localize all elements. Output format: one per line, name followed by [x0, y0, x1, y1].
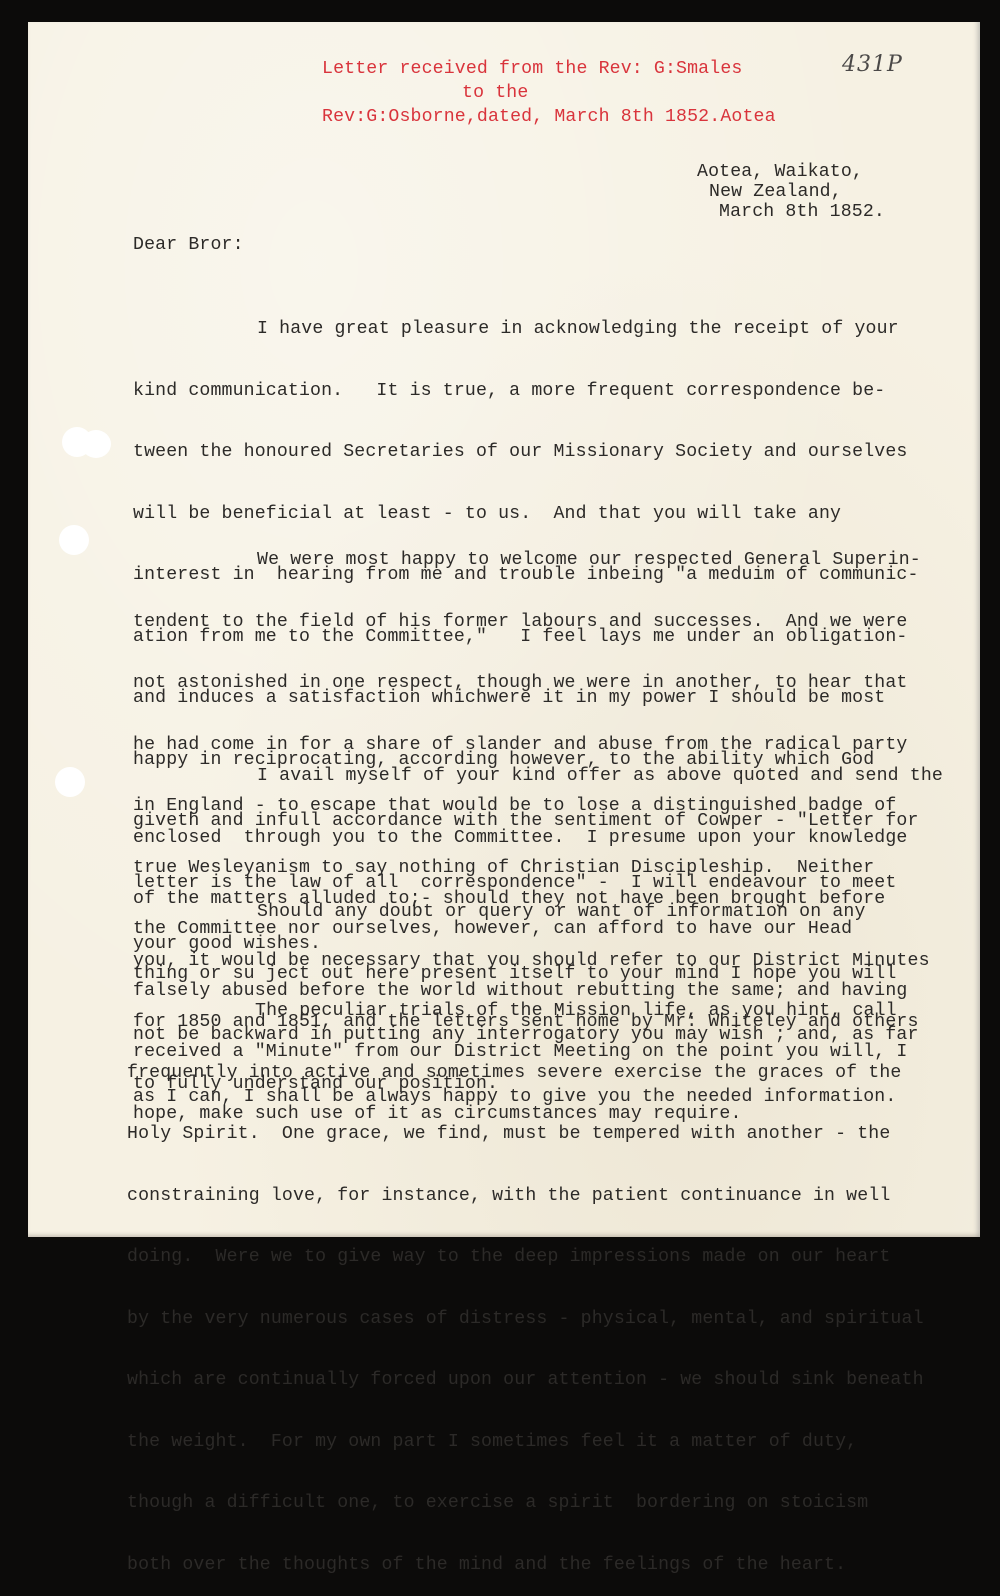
punch-hole	[81, 430, 111, 458]
text-line: I have great pleasure in acknowledging t…	[133, 319, 919, 340]
text-line: The peculiar trials of the Mission life,…	[127, 1001, 924, 1022]
text-line: Holy Spirit. One grace, we find, must be…	[127, 1124, 924, 1145]
text-line: not astonished in one respect, though we…	[133, 673, 921, 694]
text-line: doing. Were we to give way to the deep i…	[127, 1247, 924, 1251]
text-line: We were most happy to welcome our respec…	[133, 550, 921, 571]
punch-hole	[59, 525, 89, 555]
text-line: enclosed through you to the Committee. I…	[133, 828, 943, 849]
punch-hole	[55, 767, 85, 797]
header-line-2: to the	[462, 81, 528, 105]
address-line-3: March 8th 1852.	[719, 202, 885, 223]
text-line: constraining love, for instance, with th…	[127, 1186, 924, 1207]
text-line: frequently into active and sometimes sev…	[127, 1063, 924, 1084]
text-line: tendent to the field of his former labou…	[133, 612, 921, 633]
paragraph-5: The peculiar trials of the Mission life,…	[127, 960, 924, 1251]
header-line-3: Rev:G:Osborne,dated, March 8th 1852.Aote…	[322, 105, 776, 129]
salutation: Dear Bror:	[133, 235, 244, 256]
address-line-2: New Zealand,	[709, 182, 842, 203]
text-line: I avail myself of your kind offer as abo…	[133, 766, 943, 787]
text-line: tween the honoured Secretaries of our Mi…	[133, 442, 919, 463]
header-line-1: Letter received from the Rev: G:Smales	[322, 57, 742, 81]
text-line: Should any doubt or query or want of inf…	[133, 902, 919, 923]
archive-number: 431P	[842, 52, 903, 77]
address-line-1: Aotea, Waikato,	[697, 162, 863, 183]
text-line: kind communication. It is true, a more f…	[133, 381, 919, 402]
